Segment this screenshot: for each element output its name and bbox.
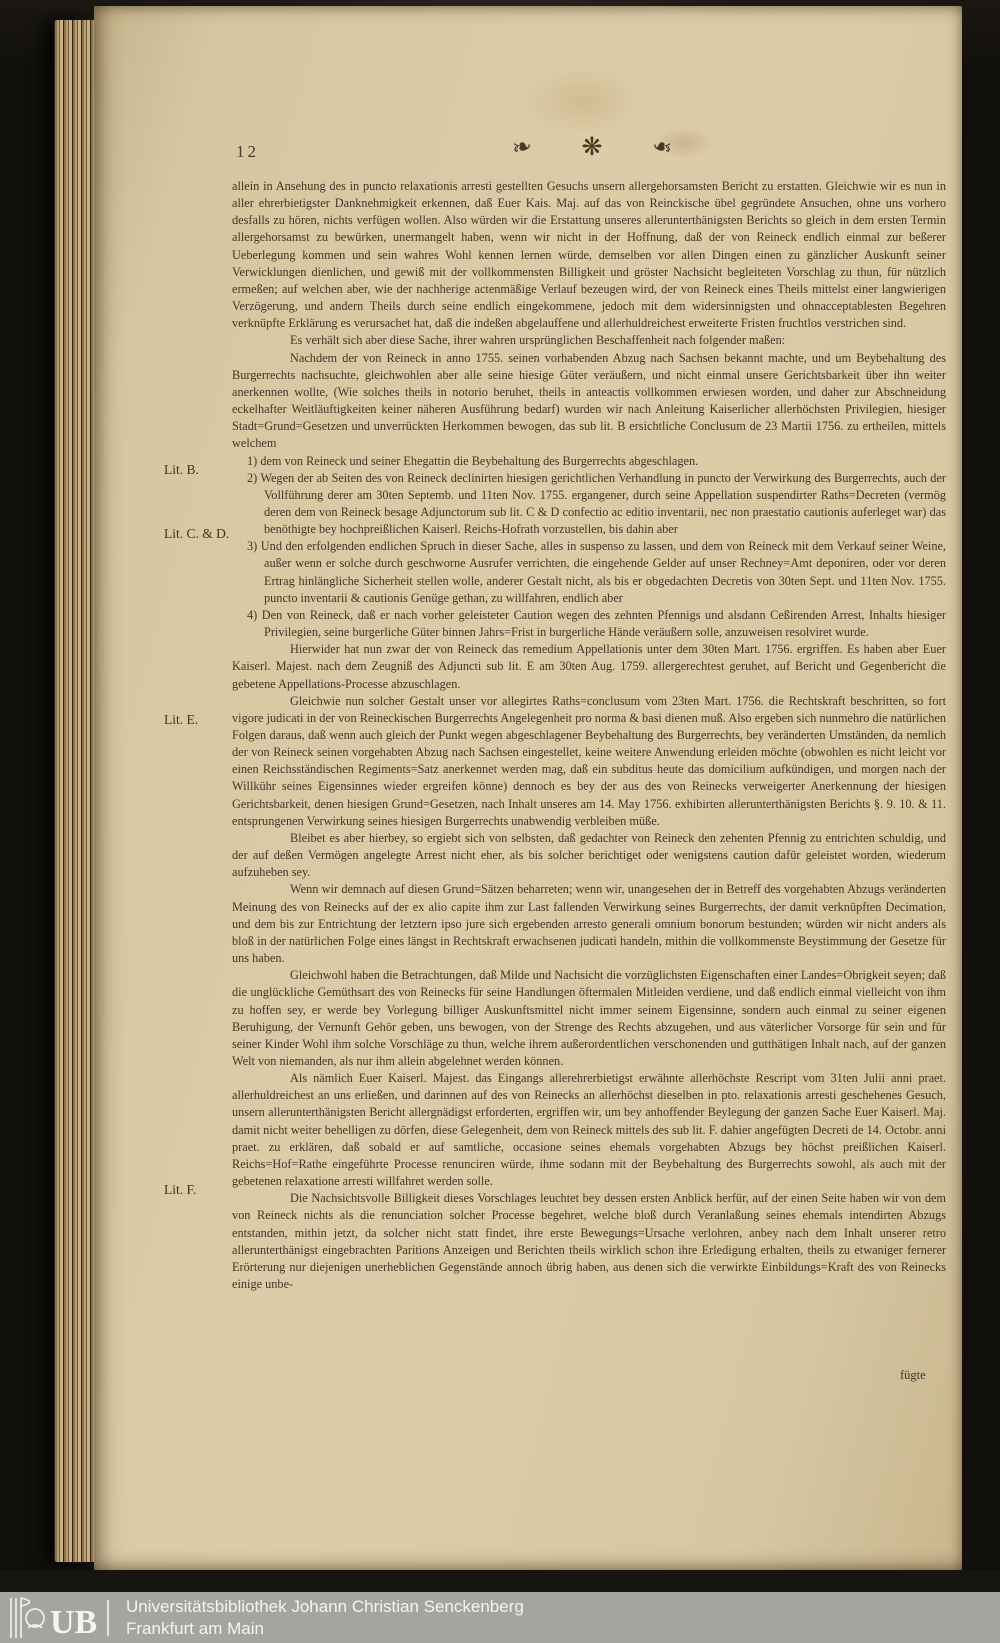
footer-text: Universitätsbibliothek Johann Christian …	[126, 1596, 524, 1640]
page-number: 12	[236, 142, 259, 162]
paragraph: Hierwider hat nun zwar der von Reineck d…	[232, 641, 946, 692]
paragraph: Es verhält sich aber diese Sache, ihrer …	[232, 332, 946, 349]
paragraph: 2) Wegen der ab Seiten des von Reineck d…	[232, 470, 946, 539]
paragraph: 1) dem von Reineck und seiner Ehegattin …	[232, 453, 946, 470]
flourish-right-icon: ❧	[649, 131, 675, 164]
paragraph: Gleichwohl haben die Betrachtungen, daß …	[232, 967, 946, 1070]
scanned-page: 12 ❧ ❋ ❧ Lit. B. Lit. C. & D. Lit. E. Li…	[94, 6, 962, 1570]
ub-library-logo: UB	[8, 1596, 112, 1640]
footer-city: Frankfurt am Main	[126, 1618, 524, 1640]
body-text: allein in Ansehung des in puncto relaxat…	[232, 178, 946, 1370]
flourish-left-icon: ❧	[509, 131, 535, 164]
margin-note-lit-b: Lit. B.	[164, 462, 199, 478]
header-ornament: ❧ ❋ ❧	[512, 132, 672, 162]
margin-note-lit-f: Lit. F.	[164, 1182, 196, 1198]
margin-note-lit-e: Lit. E.	[164, 712, 198, 728]
catchword: fügte	[900, 1368, 926, 1383]
paper-stain	[524, 66, 644, 136]
book-page-edges	[54, 20, 94, 1562]
paragraph: Gleichwie nun solcher Gestalt unser vor …	[232, 693, 946, 830]
ub-logo-text: UB	[50, 1604, 97, 1640]
paragraph: Als nämlich Euer Kaiserl. Majest. das Ei…	[232, 1070, 946, 1190]
paragraph: 3) Und den erfolgenden endlichen Spruch …	[232, 538, 946, 607]
paragraph: 4) Den von Reineck, daß er nach vorher g…	[232, 607, 946, 641]
ub-logo-icon: UB	[8, 1596, 112, 1640]
margin-note-lit-cd: Lit. C. & D.	[164, 526, 229, 542]
rosette-icon: ❋	[582, 132, 603, 162]
paragraph: allein in Ansehung des in puncto relaxat…	[232, 178, 946, 332]
paragraph: Nachdem der von Reineck in anno 1755. se…	[232, 350, 946, 453]
paragraph: Wenn wir demnach auf diesen Grund=Sätzen…	[232, 881, 946, 967]
paragraph: Die Nachsichtsvolle Billigkeit dieses Vo…	[232, 1190, 946, 1293]
footer-institution: Universitätsbibliothek Johann Christian …	[126, 1596, 524, 1618]
library-footer: UB Universitätsbibliothek Johann Christi…	[0, 1592, 1000, 1643]
paragraph: Bleibet es aber hierbey, so ergiebt sich…	[232, 830, 946, 881]
